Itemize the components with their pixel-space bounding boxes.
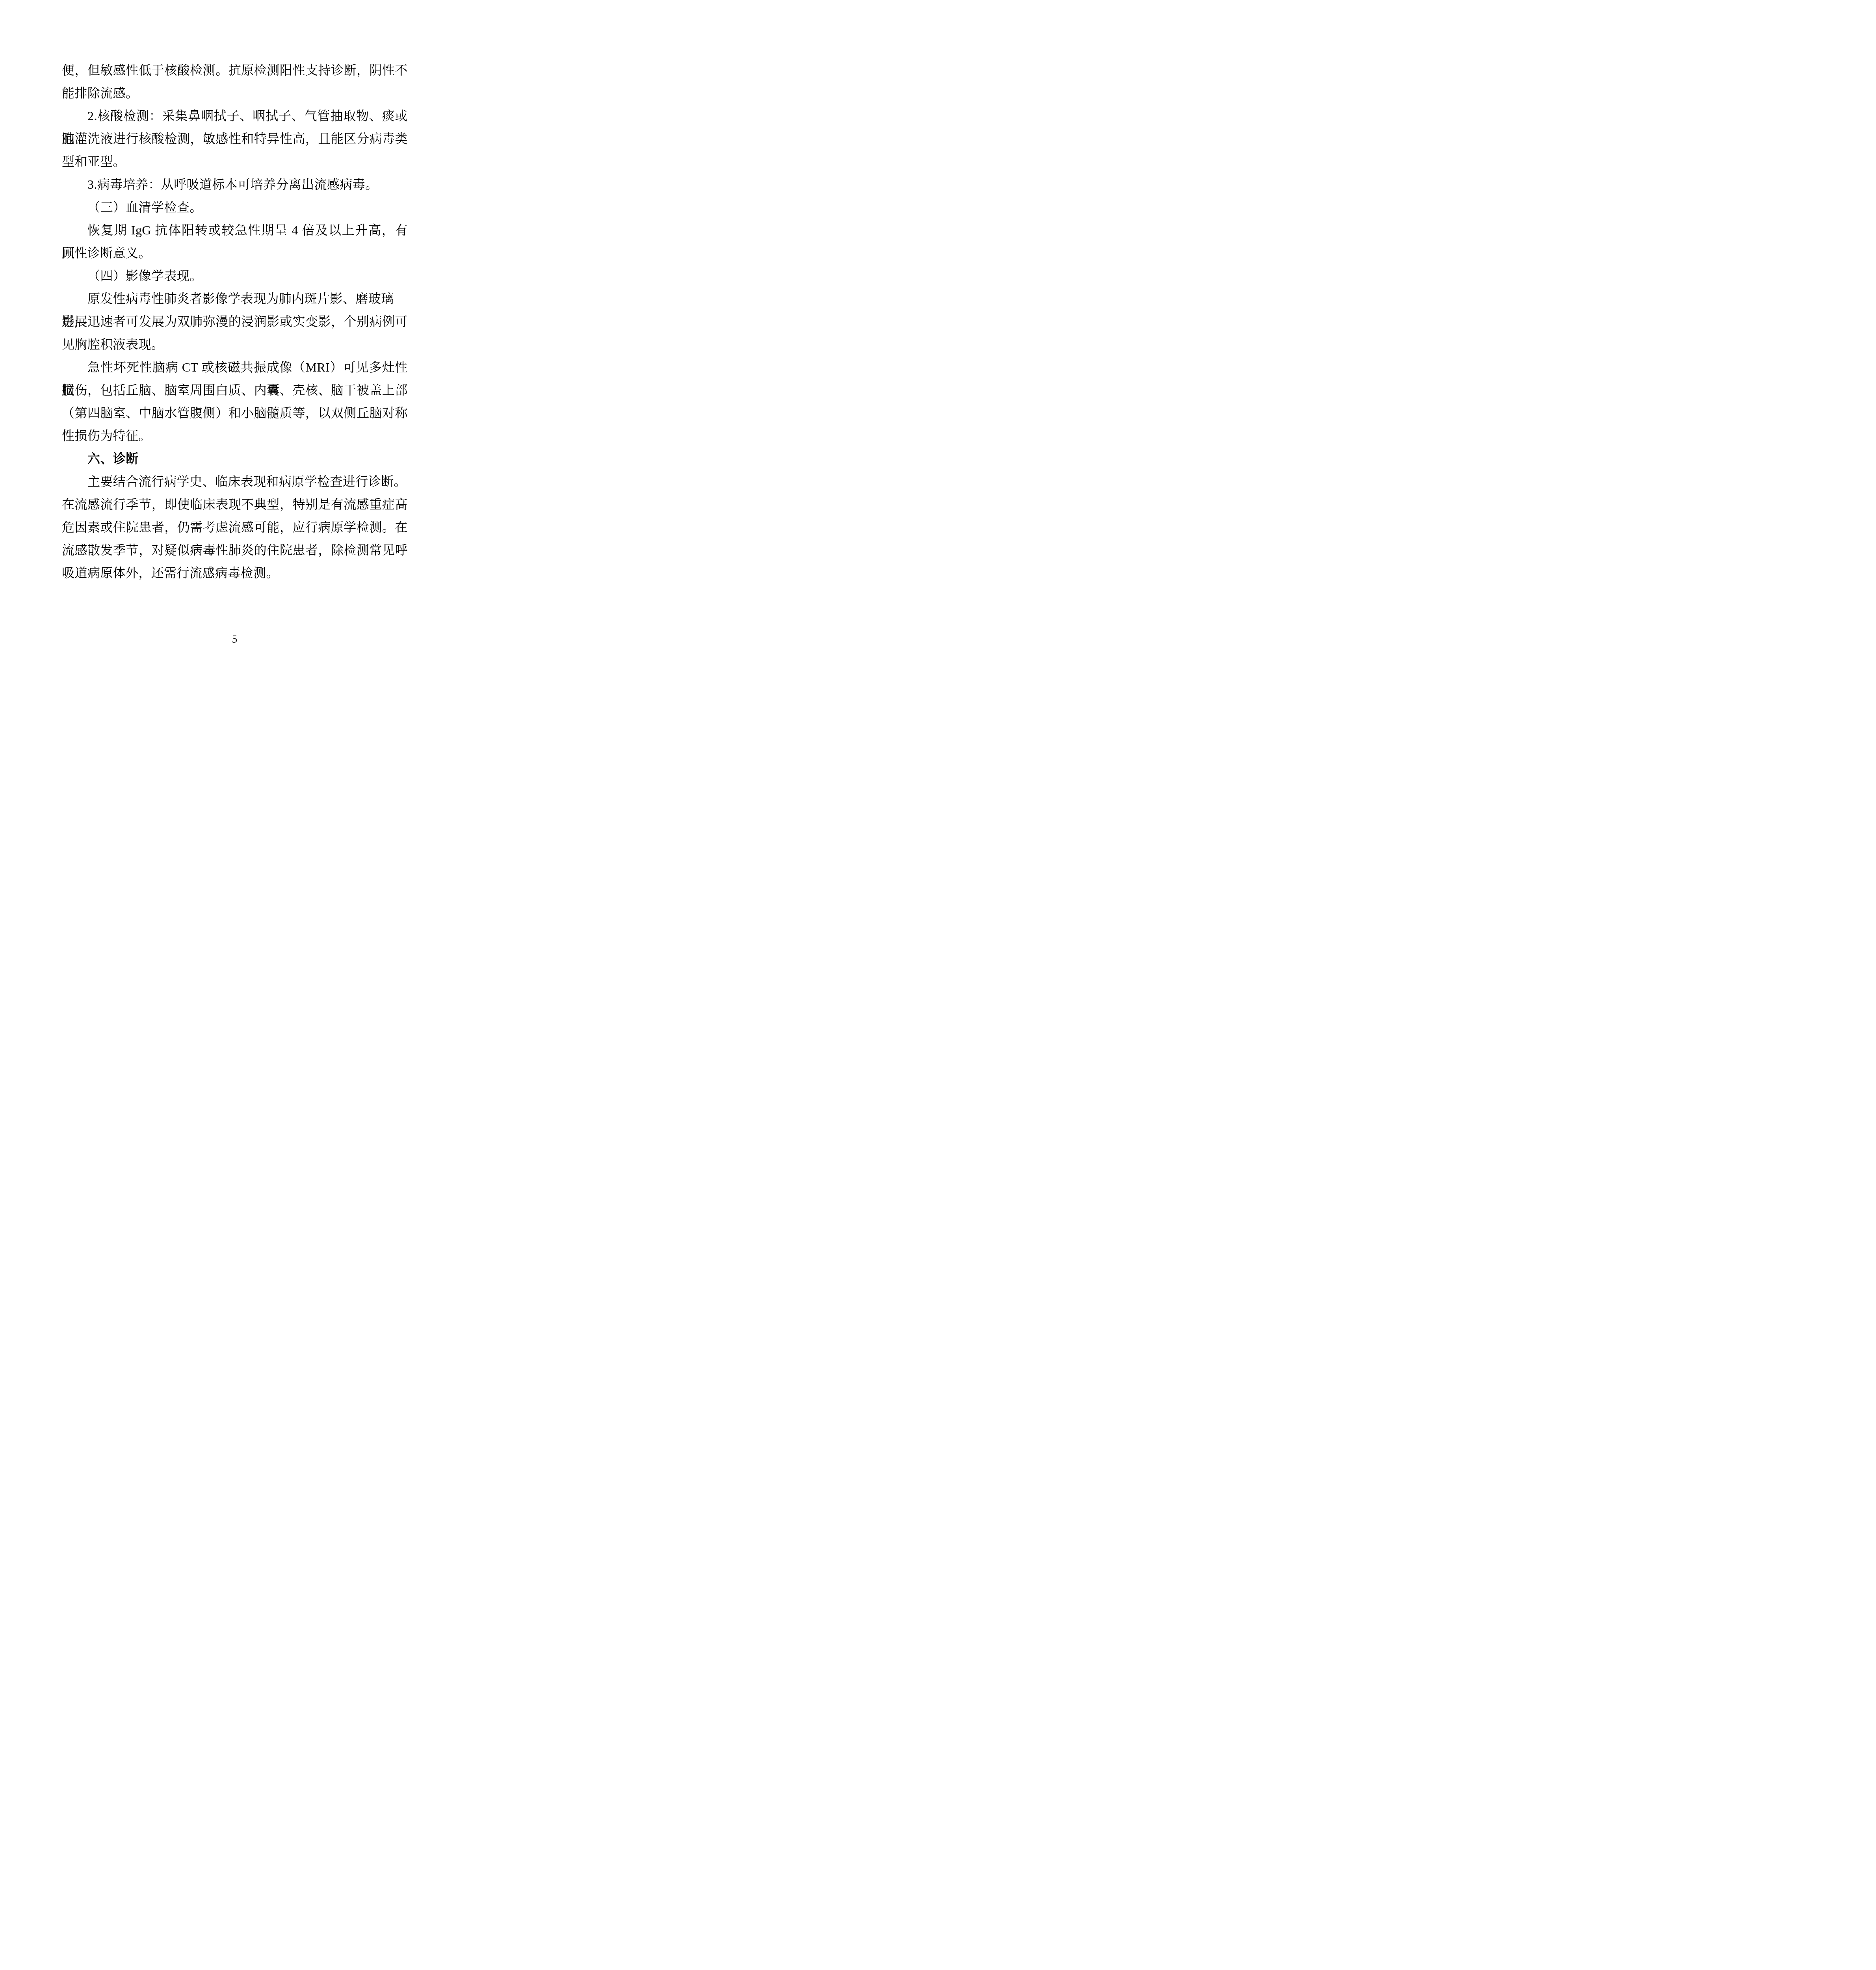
text-line: 泡灌洗液进行核酸检测，敏感性和特异性高，且能区分病毒类 — [62, 127, 408, 150]
text-line: 性损伤为特征。 — [62, 424, 408, 447]
text-line: 进展迅速者可发展为双肺弥漫的浸润影或实变影，个别病例可 — [62, 310, 408, 333]
page-number: 5 — [0, 631, 469, 647]
text-line: 2.核酸检测：采集鼻咽拭子、咽拭子、气管抽取物、痰或肺 — [62, 104, 408, 127]
text-line: 3.病毒培养：从呼吸道标本可培养分离出流感病毒。 — [62, 173, 408, 196]
text-line: 急性坏死性脑病 CT 或核磁共振成像（MRI）可见多灶性脑 — [62, 356, 408, 379]
text-line: 原发性病毒性肺炎者影像学表现为肺内斑片影、磨玻璃影; — [62, 287, 408, 310]
text-line: （三）血清学检查。 — [62, 196, 408, 219]
text-line: 型和亚型。 — [62, 150, 408, 173]
text-line: 流感散发季节，对疑似病毒性肺炎的住院患者，除检测常见呼 — [62, 539, 408, 561]
text-line: 能排除流感。 — [62, 82, 408, 104]
text-line: （四）影像学表现。 — [62, 264, 408, 287]
document-body: 便，但敏感性低于核酸检测。抗原检测阳性支持诊断，阴性不能排除流感。2.核酸检测：… — [62, 59, 408, 584]
text-line: 恢复期 IgG 抗体阳转或较急性期呈 4 倍及以上升高，有回 — [62, 219, 408, 242]
document-page: 便，但敏感性低于核酸检测。抗原检测阳性支持诊断，阴性不能排除流感。2.核酸检测：… — [0, 0, 469, 663]
section-heading: 六、诊断 — [62, 447, 408, 470]
text-line: （第四脑室、中脑水管腹侧）和小脑髓质等，以双侧丘脑对称 — [62, 401, 408, 424]
text-line: 顾性诊断意义。 — [62, 242, 408, 264]
text-line: 在流感流行季节，即使临床表现不典型，特别是有流感重症高 — [62, 493, 408, 516]
text-line: 损伤，包括丘脑、脑室周围白质、内囊、壳核、脑干被盖上部 — [62, 379, 408, 401]
text-line: 危因素或住院患者，仍需考虑流感可能，应行病原学检测。在 — [62, 516, 408, 539]
text-line: 吸道病原体外，还需行流感病毒检测。 — [62, 561, 408, 584]
text-line: 便，但敏感性低于核酸检测。抗原检测阳性支持诊断，阴性不 — [62, 59, 408, 82]
text-line: 见胸腔积液表现。 — [62, 333, 408, 356]
text-line: 主要结合流行病学史、临床表现和病原学检查进行诊断。 — [62, 470, 408, 493]
